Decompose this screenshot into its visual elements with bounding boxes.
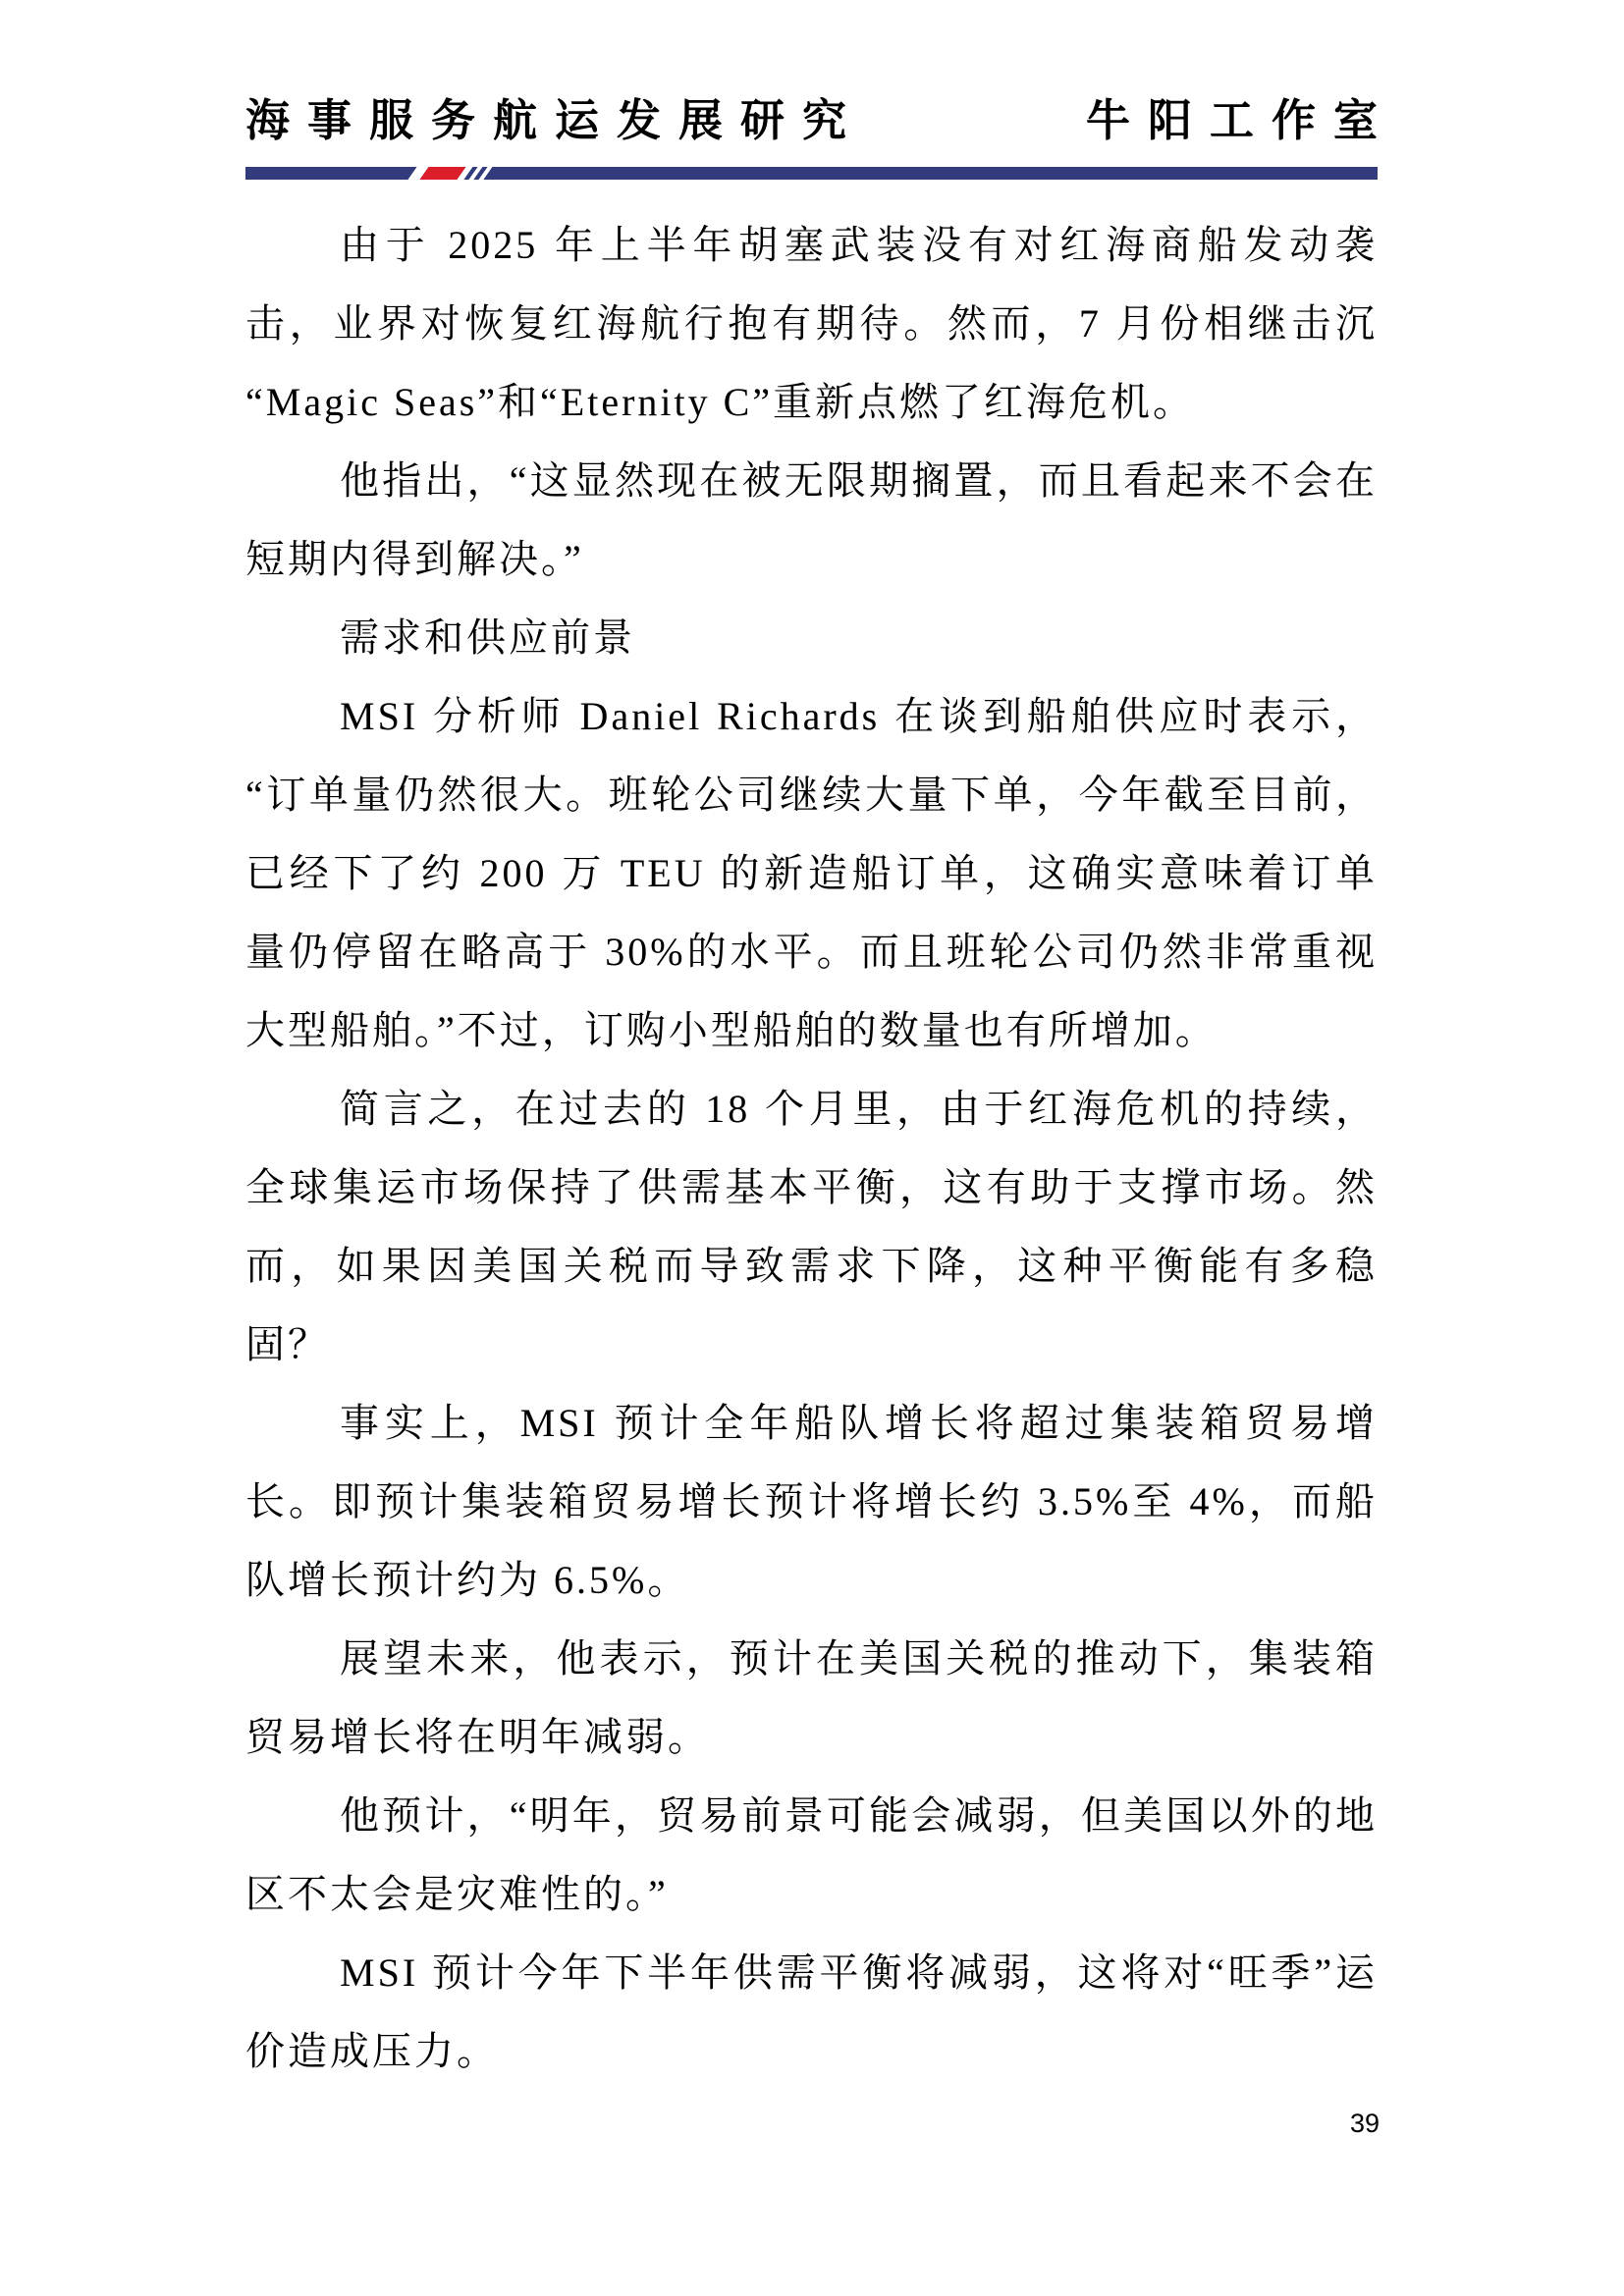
- paragraph: MSI 预计今年下半年供需平衡将减弱，这将对“旺季”运价造成压力。: [245, 1934, 1378, 2091]
- document-body: 由于 2025 年上半年胡塞武装没有对红海商船发动袭击，业界对恢复红海航行抱有期…: [245, 206, 1378, 2091]
- paragraph: 他指出，“这显然现在被无限期搁置，而且看起来不会在短期内得到解决。”: [245, 442, 1378, 599]
- paragraph: 展望未来，他表示，预计在美国关税的推动下，集装箱贸易增长将在明年减弱。: [245, 1620, 1378, 1777]
- paragraph: 他预计，“明年，贸易前景可能会减弱，但美国以外的地区不太会是灾难性的。”: [245, 1777, 1378, 1934]
- page-number: 39: [1350, 2109, 1380, 2138]
- section-heading: 需求和供应前景: [245, 599, 1378, 677]
- page-header: 海事服务航运发展研究 牛阳工作室: [245, 98, 1378, 142]
- paragraph: 简言之，在过去的 18 个月里，由于红海危机的持续，全球集运市场保持了供需基本平…: [245, 1070, 1378, 1384]
- paragraph: MSI 分析师 Daniel Richards 在谈到船舶供应时表示，“订单量仍…: [245, 677, 1378, 1070]
- document-page: 海事服务航运发展研究 牛阳工作室 由于 2025 年上半年胡塞武装没有对红海商船…: [0, 0, 1624, 2296]
- header-divider-bar: [245, 167, 1378, 180]
- paragraph: 由于 2025 年上半年胡塞武装没有对红海商船发动袭击，业界对恢复红海航行抱有期…: [245, 206, 1378, 442]
- header-right-title: 牛阳工作室: [1086, 98, 1395, 142]
- divider-stripe-decoration: [412, 167, 493, 180]
- paragraph: 事实上，MSI 预计全年船队增长将超过集装箱贸易增长。即预计集装箱贸易增长预计将…: [245, 1384, 1378, 1620]
- header-left-title: 海事服务航运发展研究: [245, 98, 864, 142]
- page-footer: 39: [245, 2109, 1380, 2139]
